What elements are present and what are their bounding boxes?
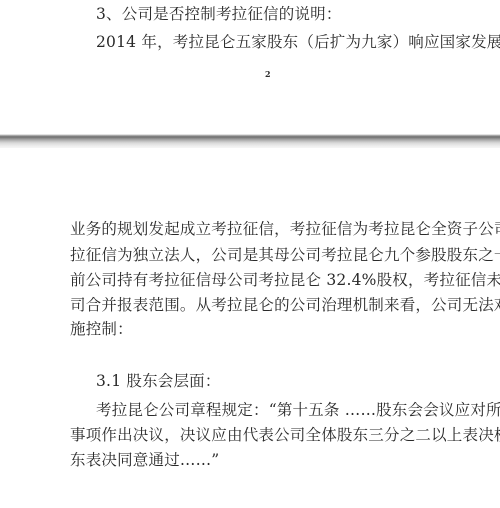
lower-page: 业务的规划发起成立考拉征信，考拉征信为考拉昆仑全资子公司。考 拉征信为独立法人，… [0,148,500,508]
paragraph-line: 事项作出决议，决议应由代表公司全体股东三分之二以上表决权的股 [70,425,500,445]
paragraph-line: 施控制： [70,319,133,339]
upper-page: 3、公司是否控制考拉征信的说明： 2014 年，考拉昆仑五家股东（后扩为九家）响… [0,0,500,136]
section-3-1-heading: 3.1 股东会层面： [96,371,221,391]
paragraph-line: 业务的规划发起成立考拉征信，考拉征信为考拉昆仑全资子公司。考 [70,219,500,239]
section-3-heading: 3、公司是否控制考拉征信的说明： [96,4,342,24]
page-number: 2 [265,69,271,79]
paragraph-line: 前公司持有考拉征信母公司考拉昆仑 32.4%股权，考拉征信未纳入公 [70,270,500,290]
paragraph-line: 司合并报表范围。从考拉昆仑的公司治理机制来看，公司无法对其实 [70,295,500,315]
paragraph-line: 2014 年，考拉昆仑五家股东（后扩为九家）响应国家发展征信 [96,32,500,52]
paragraph-line: 东表决同意通过……” [70,450,219,470]
paragraph-line: 拉征信为独立法人，公司是其母公司考拉昆仑九个参股股东之一，目 [70,245,500,265]
paragraph-line: 考拉昆仑公司章程规定：“第十五条 ……股东会会议应对所议 [96,400,500,420]
